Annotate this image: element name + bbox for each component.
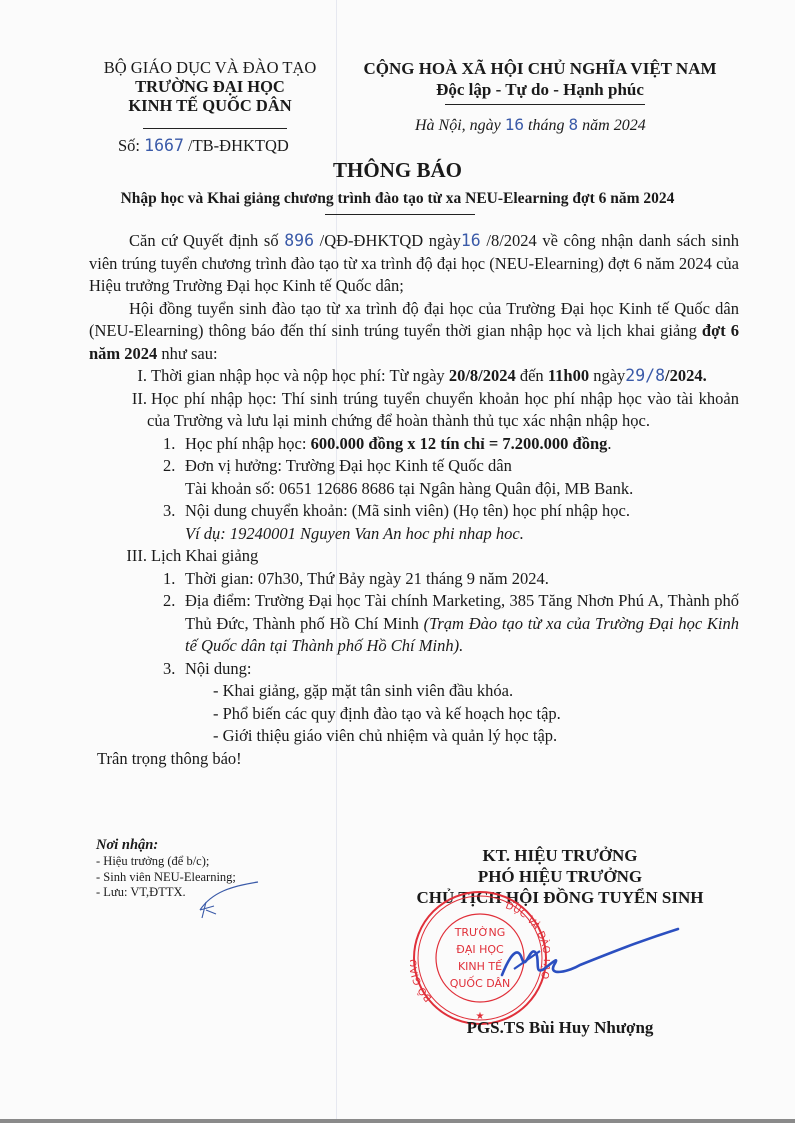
- date-year: năm 2024: [582, 117, 646, 134]
- date-month-handwritten: 8: [569, 115, 579, 134]
- item-number: 2.: [163, 590, 185, 613]
- signature-title-2: PHÓ HIỆU TRƯỞNG: [380, 866, 740, 887]
- text: Hội đồng tuyển sinh đào tạo từ xa trình …: [89, 299, 739, 341]
- agenda-bullet: - Khai giảng, gặp mặt tân sinh viên đầu …: [89, 680, 739, 703]
- national-motto: Độc lập - Tự do - Hạnh phúc: [345, 79, 735, 100]
- section-number: II.: [123, 388, 151, 411]
- header-divider-left: [143, 128, 287, 129]
- text: Đơn vị hưởng: Trường Đại học Kinh tế Quố…: [185, 456, 512, 475]
- text: Nội dung chuyển khoản: (Mã sinh viên) (H…: [185, 501, 630, 520]
- date-prefix: Hà Nội, ngày: [415, 117, 501, 134]
- scan-bottom-edge: [0, 1119, 795, 1123]
- svg-text:BỘ GIÁO: BỘ GIÁO: [410, 959, 434, 1004]
- ceremony-item-3: 3.Nội dung:: [89, 658, 739, 681]
- nation-name: CỘNG HOÀ XÃ HỘI CHỦ NGHĨA VIỆT NAM: [345, 58, 735, 79]
- tuition-amount: 600.000 đồng x 12 tín chỉ = 7.200.000 đồ…: [311, 434, 608, 453]
- item-number: 3.: [163, 500, 185, 523]
- school-name-line2: KINH TẾ QUỐC DÂN: [80, 96, 340, 115]
- paragraph-announcement: Hội đồng tuyển sinh đào tạo từ xa trình …: [89, 298, 739, 366]
- text: ngày: [593, 366, 625, 385]
- tuition-item-2: 2.Đơn vị hưởng: Trường Đại học Kinh tế Q…: [89, 455, 739, 478]
- document-title: THÔNG BÁO: [0, 158, 795, 183]
- recipient-item: - Hiệu trưởng (để b/c);: [96, 854, 236, 870]
- header-divider-right: [445, 104, 645, 105]
- signature-title-1: KT. HIỆU TRƯỞNG: [380, 845, 740, 866]
- text: /QĐ-ĐHKTQD ngày: [320, 231, 461, 250]
- number-prefix: Số:: [118, 136, 140, 155]
- paragraph-legal-basis: Căn cứ Quyết định số 896 /QĐ-ĐHKTQD ngày…: [89, 230, 739, 298]
- agenda-bullet: - Phổ biến các quy định đào tạo và kế ho…: [89, 703, 739, 726]
- stamp-text: ĐẠI HỌC: [456, 943, 504, 956]
- item-number: 1.: [163, 568, 185, 591]
- section-3-opening-ceremony: III.Lịch Khai giảng: [99, 545, 739, 568]
- document-subtitle: Nhập học và Khai giảng chương trình đào …: [0, 190, 795, 208]
- section-2-tuition: II.Học phí nhập học: Thí sinh trúng tuyể…: [99, 388, 739, 433]
- deadline-day-handwritten: 29/8: [625, 366, 665, 385]
- date-day-handwritten: 16: [505, 115, 524, 134]
- document-body: Căn cứ Quyết định số 896 /QĐ-ĐHKTQD ngày…: [89, 230, 739, 770]
- item-number: 2.: [163, 455, 185, 478]
- tuition-item-1: 1.Học phí nhập học: 600.000 đồng x 12 tí…: [89, 433, 739, 456]
- start-date: 20/8/2024: [449, 366, 516, 385]
- decision-day-handwritten: 16: [461, 231, 481, 250]
- text: Căn cứ Quyết định số: [129, 231, 279, 250]
- bank-account: Tài khoản số: 0651 12686 8686 tại Ngân h…: [89, 478, 739, 501]
- ceremony-item-1: 1.Thời gian: 07h30, Thứ Bảy ngày 21 thán…: [89, 568, 739, 591]
- signer-name: PGS.TS Bùi Huy Nhượng: [380, 1018, 740, 1038]
- deadline-year: /2024.: [665, 366, 707, 385]
- issuer-header: BỘ GIÁO DỤC VÀ ĐÀO TẠO TRƯỜNG ĐẠI HỌC KI…: [80, 58, 340, 115]
- date-month-label: tháng: [528, 117, 564, 134]
- text: Thời gian nhập học và nộp học phí: Từ ng…: [151, 366, 445, 385]
- document-number: Số: 1667 /TB-ĐHKTQD: [118, 136, 289, 156]
- national-header: CỘNG HOÀ XÃ HỘI CHỦ NGHĨA VIỆT NAM Độc l…: [345, 58, 735, 100]
- decision-number-handwritten: 896: [284, 231, 314, 250]
- closing-line: Trân trọng thông báo!: [89, 748, 739, 771]
- stamp-ring-left: BỘ GIÁO: [410, 959, 434, 1004]
- stamp-text: TRƯỜNG: [454, 926, 506, 939]
- text: Lịch Khai giảng: [151, 546, 258, 565]
- handwritten-signature-icon: [500, 925, 680, 985]
- section-number: III.: [123, 545, 151, 568]
- text: Nội dung:: [185, 659, 251, 678]
- text: như sau:: [161, 344, 217, 363]
- number-value-handwritten: 1667: [144, 136, 184, 155]
- item-number: 3.: [163, 658, 185, 681]
- section-1-enrollment-time: I.Thời gian nhập học và nộp học phí: Từ …: [99, 365, 739, 388]
- ministry-name: BỘ GIÁO DỤC VÀ ĐÀO TẠO: [80, 58, 340, 77]
- text: đến: [520, 366, 544, 385]
- number-suffix: /TB-ĐHKTQD: [188, 136, 289, 155]
- initial-mark-icon: [192, 880, 262, 920]
- section-number: I.: [123, 365, 151, 388]
- text: .: [607, 434, 611, 453]
- text: Học phí nhập học: Thí sinh trúng tuyển c…: [147, 389, 739, 431]
- ceremony-item-2: 2.Địa điểm: Trường Đại học Tài chính Mar…: [89, 590, 739, 658]
- transfer-example: Ví dụ: 19240001 Nguyen Van An hoc phi nh…: [89, 523, 739, 546]
- item-number: 1.: [163, 433, 185, 456]
- document-page: BỘ GIÁO DỤC VÀ ĐÀO TẠO TRƯỜNG ĐẠI HỌC KI…: [0, 0, 795, 1123]
- stamp-text: KINH TẾ: [458, 959, 502, 973]
- issue-date: Hà Nội, ngày 16 tháng 8 năm 2024: [415, 115, 646, 135]
- text: Thời gian: 07h30, Thứ Bảy ngày 21 tháng …: [185, 569, 549, 588]
- deadline-time: 11h00: [548, 366, 589, 385]
- text: Học phí nhập học:: [185, 434, 306, 453]
- tuition-item-3: 3.Nội dung chuyển khoản: (Mã sinh viên) …: [89, 500, 739, 523]
- recipients-heading: Nơi nhận:: [96, 836, 236, 854]
- title-divider: [325, 214, 475, 215]
- agenda-bullet: - Giới thiệu giáo viên chủ nhiệm và quản…: [89, 725, 739, 748]
- school-name-line1: TRƯỜNG ĐẠI HỌC: [80, 77, 340, 96]
